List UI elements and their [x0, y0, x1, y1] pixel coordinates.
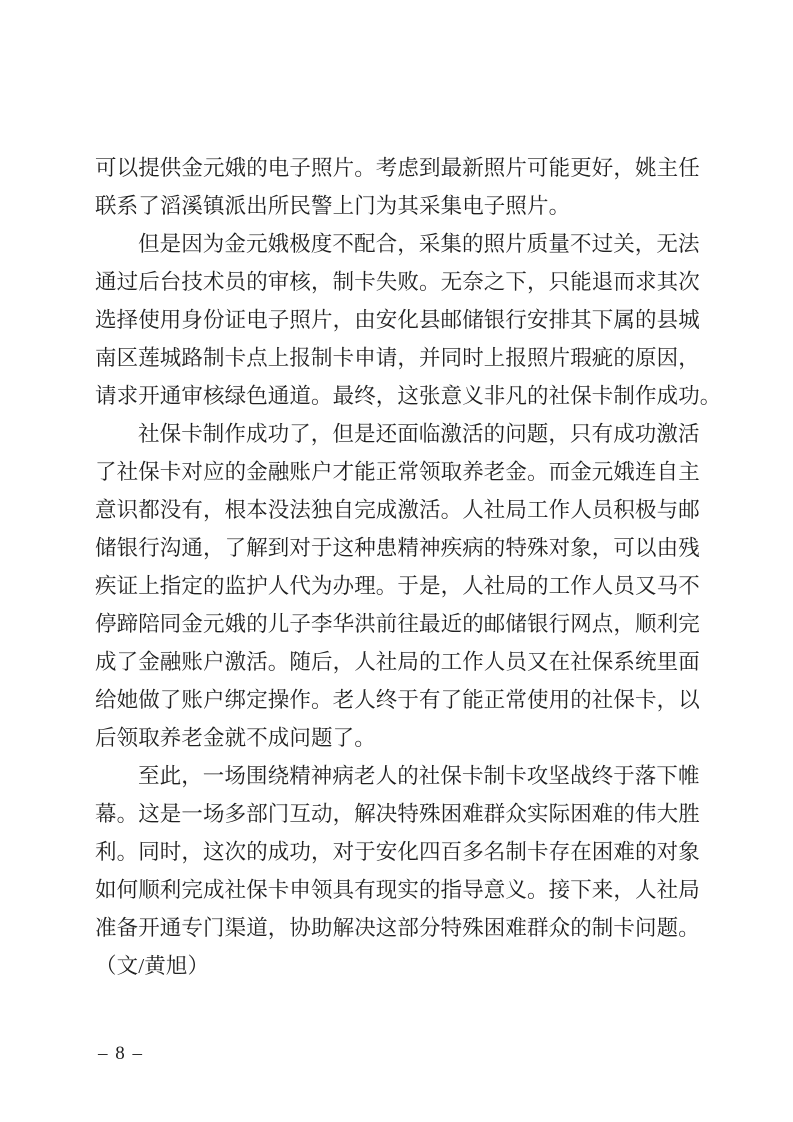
text-line: 但是因为金元娥极度不配合，采集的照片质量不过关，无法 [95, 225, 755, 263]
text-line: 请求开通审核绿色通道。最终，这张意义非凡的社保卡制作成功。 [95, 377, 755, 415]
text-line: 通过后台技术员的审核，制卡失败。无奈之下，只能退而求其次 [95, 263, 755, 301]
text-line: 准备开通专门渠道，协助解决这部分特殊困难群众的制卡问题。 [95, 909, 755, 947]
document-page: 可以提供金元娥的电子照片。考虑到最新照片可能更好，姚主任联系了滔溪镇派出所民警上… [0, 0, 793, 1122]
text-line: 后领取养老金就不成问题了。 [95, 719, 755, 757]
page-number: – 8 – [98, 1043, 144, 1064]
text-line: 选择使用身份证电子照片，由安化县邮储银行安排其下属的县城 [95, 301, 755, 339]
text-line: 利。同时，这次的成功，对于安化四百多名制卡存在困难的对象 [95, 833, 755, 871]
text-line: 可以提供金元娥的电子照片。考虑到最新照片可能更好，姚主任 [95, 149, 755, 187]
text-line: 社保卡制作成功了，但是还面临激活的问题，只有成功激活 [95, 415, 755, 453]
paragraph: （文/黄旭） [95, 947, 755, 985]
text-line: 成了金融账户激活。随后，人社局的工作人员又在社保系统里面 [95, 643, 755, 681]
text-line: 了社保卡对应的金融账户才能正常领取养老金。而金元娥连自主 [95, 453, 755, 491]
text-line: 储银行沟通，了解到对于这种患精神疾病的特殊对象，可以由残 [95, 529, 755, 567]
text-line: 南区莲城路制卡点上报制卡申请，并同时上报照片瑕疵的原因， [95, 339, 755, 377]
text-line: 疾证上指定的监护人代为办理。于是，人社局的工作人员又马不 [95, 567, 755, 605]
paragraph: 社保卡制作成功了，但是还面临激活的问题，只有成功激活了社保卡对应的金融账户才能正… [95, 415, 755, 757]
text-line: 如何顺利完成社保卡申领具有现实的指导意义。接下来，人社局 [95, 871, 755, 909]
text-line: 幕。这是一场多部门互动，解决特殊困难群众实际困难的伟大胜 [95, 795, 755, 833]
text-line: 至此，一场围绕精神病老人的社保卡制卡攻坚战终于落下帷 [95, 757, 755, 795]
page-footer: – 8 – [98, 1042, 144, 1066]
paragraph: 可以提供金元娥的电子照片。考虑到最新照片可能更好，姚主任联系了滔溪镇派出所民警上… [95, 149, 755, 225]
paragraph: 至此，一场围绕精神病老人的社保卡制卡攻坚战终于落下帷幕。这是一场多部门互动，解决… [95, 757, 755, 947]
paragraph: 但是因为金元娥极度不配合，采集的照片质量不过关，无法通过后台技术员的审核，制卡失… [95, 225, 755, 415]
text-line: 意识都没有，根本没法独自完成激活。人社局工作人员积极与邮 [95, 491, 755, 529]
text-line: 停蹄陪同金元娥的儿子李华洪前往最近的邮储银行网点，顺利完 [95, 605, 755, 643]
text-line: 给她做了账户绑定操作。老人终于有了能正常使用的社保卡，以 [95, 681, 755, 719]
text-line: 联系了滔溪镇派出所民警上门为其采集电子照片。 [95, 187, 755, 225]
text-line: （文/黄旭） [95, 947, 755, 985]
document-body: 可以提供金元娥的电子照片。考虑到最新照片可能更好，姚主任联系了滔溪镇派出所民警上… [95, 149, 755, 985]
